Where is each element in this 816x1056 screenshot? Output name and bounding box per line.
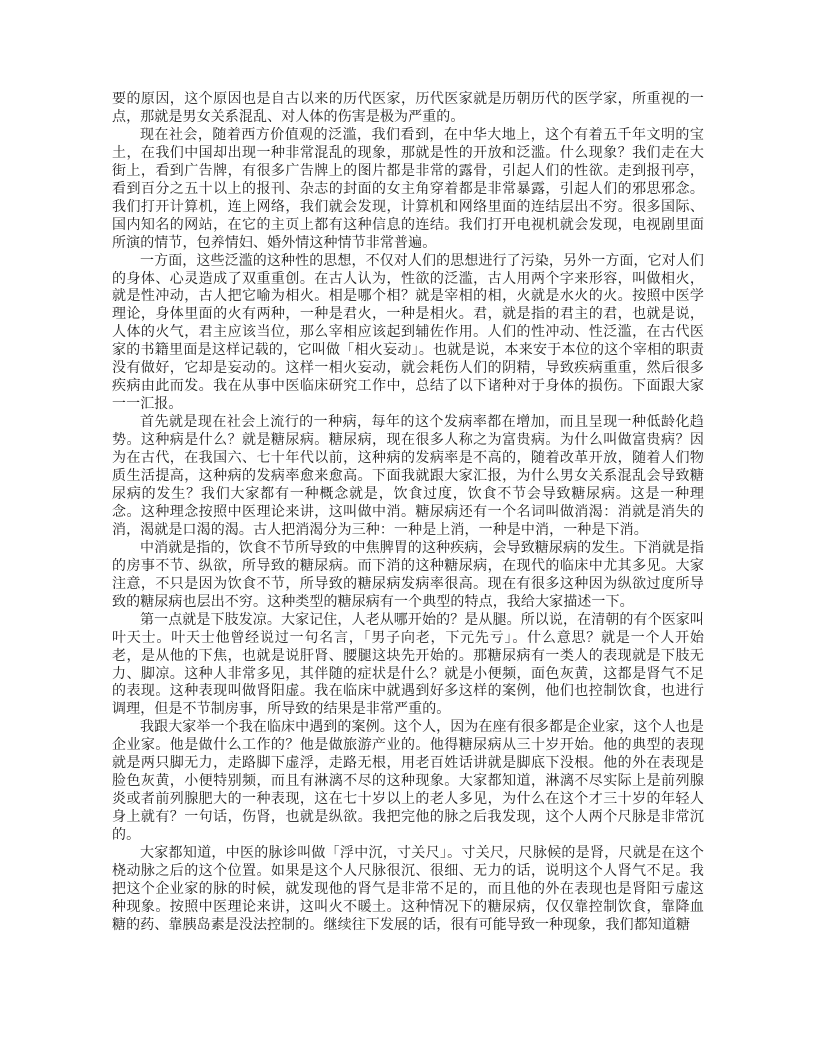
paragraph-pulse-diagnosis: 大家都知道，中医的脉诊叫做「浮中沉，寸关尺」。寸关尺，尺脉候的是肾，尺就是在这个… (112, 845, 704, 935)
paragraph-zhongxiao-xiaxiao: 中消就是指的，饮食不节所导致的中焦脾胃的这种疾病，会导致糖尿病的发生。下消就是指… (112, 540, 704, 612)
document-page: 要的原因，这个原因也是自古以来的历代医家，历代医家就是历朝历代的医学家，所重视的… (0, 0, 816, 1056)
paragraph-xianghuo-theory: 一方面，这些泛滥的这种性的思想，不仅对人们的思想进行了污染，另外一方面，它对人们… (112, 253, 704, 415)
paragraph-cold-lower-limbs: 第一点就是下肢发凉。大家记住，人老从哪开始的？是从腿。所以说，在清朝的有个医家叫… (112, 612, 704, 720)
paragraph-clinical-case: 我跟大家举一个我在临床中遇到的案例。这个人，因为在座有很多都是企业家，这个人也是… (112, 719, 704, 845)
paragraph-continuation-from-previous-page: 要的原因，这个原因也是自古以来的历代医家，历代医家就是历朝历代的医学家，所重视的… (112, 91, 704, 127)
paragraph-modern-society-phenomena: 现在社会，随着西方价值观的泛滥，我们看到，在中华大地上，这个有着五千年文明的宝土… (112, 127, 704, 253)
paragraph-diabetes-intro: 首先就是现在社会上流行的一种病，每年的这个发病率都在增加，而且呈现一种低龄化趋势… (112, 414, 704, 540)
document-text-block: 要的原因，这个原因也是自古以来的历代医家，历代医家就是历朝历代的医学家，所重视的… (112, 91, 704, 935)
